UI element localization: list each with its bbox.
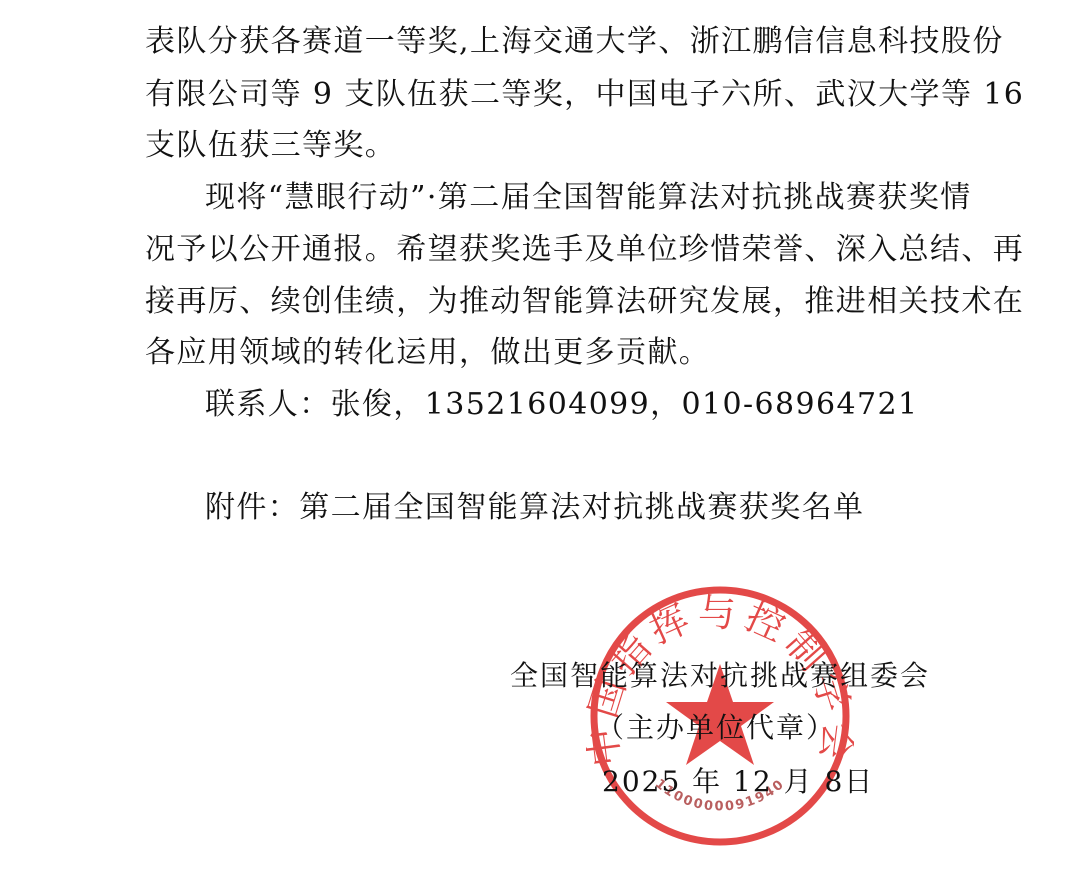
attachment-line: 附件：第二届全国智能算法对抗挑战赛获奖名单 <box>205 488 945 528</box>
paragraph-2-line-4: 各应用领域的转化运用，做出更多贡献。 <box>145 333 945 373</box>
paragraph-2-line-2: 况予以公开通报。希望获奖选手及单位珍惜荣誉、深入总结、再 <box>145 230 945 270</box>
signature-organization: 全国智能算法对抗挑战赛组委会 <box>510 658 930 694</box>
document-page: 表队分获各赛道一等奖,上海交通大学、浙江鹏信信息科技股份 有限公司等 9 支队伍… <box>0 0 1080 891</box>
paragraph-2-line-3: 接再厉、续创佳绩，为推动智能算法研究发展，推进相关技术在 <box>145 282 945 322</box>
signature-note: （主办单位代章） <box>596 710 836 746</box>
paragraph-1-line-1: 表队分获各赛道一等奖,上海交通大学、浙江鹏信信息科技股份 <box>145 22 945 62</box>
paragraph-2-line-1: 现将“慧眼行动”·第二届全国智能算法对抗挑战赛获奖情 <box>205 178 945 218</box>
signature-date: 2025 年 12 月 8日 <box>602 764 874 800</box>
paragraph-1-line-3: 支队伍获三等奖。 <box>145 126 945 166</box>
paragraph-1-line-2: 有限公司等 9 支队伍获二等奖，中国电子六所、武汉大学等 16 <box>145 75 945 115</box>
contact-line: 联系人：张俊，13521604099，010-68964721 <box>205 385 945 425</box>
